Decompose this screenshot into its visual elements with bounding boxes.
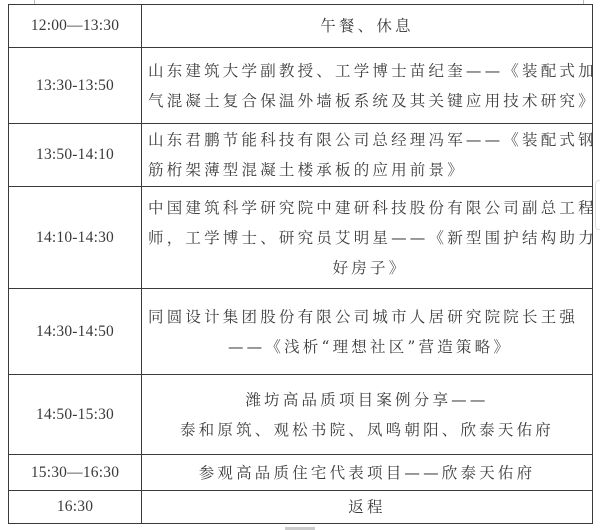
agenda-text: 筋桁架薄型混凝土楼承板的应用前景》 [148, 155, 592, 185]
agenda-text: 中国建筑科学研究院中建研科技股份有限公司副总工程 [148, 193, 592, 223]
table-row: 14:30-14:50 同圆设计集团股份有限公司城市人居研究院院长王强 ——《浅… [9, 289, 593, 375]
agenda-text: ——《浅析“理想社区”营造策略》 [148, 332, 592, 362]
time-cell: 13:50-14:10 [9, 124, 142, 187]
agenda-text: 返程 [142, 492, 592, 522]
agenda-cell: 山东建筑大学副教授、工学博士苗纪奎——《装配式加 气混凝土复合保温外墙板系统及其… [142, 48, 593, 124]
agenda-text: 山东建筑大学副教授、工学博士苗纪奎——《装配式加 [148, 56, 592, 86]
table-row: 14:50-15:30 潍坊高品质项目案例分享—— 泰和原筑、观松书院、凤鸣朝阳… [9, 375, 593, 455]
time-cell: 13:30-13:50 [9, 48, 142, 124]
agenda-text: 山东君鹏节能科技有限公司总经理冯军——《装配式钢 [148, 125, 592, 155]
side-handle [595, 180, 600, 230]
agenda-text: 师，工学博士、研究员艾明星——《新型围护结构助力 [148, 223, 592, 253]
time-cell: 16:30 [9, 491, 142, 524]
agenda-cell: 潍坊高品质项目案例分享—— 泰和原筑、观松书院、凤鸣朝阳、欣泰天佑府 [142, 375, 593, 455]
table-row: 15:30—16:30 参观高品质住宅代表项目——欣泰天佑府 [9, 455, 593, 491]
agenda-text: 好房子》 [148, 253, 592, 283]
time-cell: 14:50-15:30 [9, 375, 142, 455]
agenda-cell: 返程 [142, 491, 593, 524]
table-row: 12:00—13:30 午餐、休息 [9, 5, 593, 48]
schedule-table: 12:00—13:30 午餐、休息 13:30-13:50 山东建筑大学副教授、… [8, 4, 593, 524]
agenda-cell: 参观高品质住宅代表项目——欣泰天佑府 [142, 455, 593, 491]
agenda-cell: 山东君鹏节能科技有限公司总经理冯军——《装配式钢 筋桁架薄型混凝土楼承板的应用前… [142, 124, 593, 187]
table-row: 13:50-14:10 山东君鹏节能科技有限公司总经理冯军——《装配式钢 筋桁架… [9, 124, 593, 187]
time-cell: 15:30—16:30 [9, 455, 142, 491]
agenda-text: 午餐、休息 [142, 11, 592, 41]
time-cell: 12:00—13:30 [9, 5, 142, 48]
agenda-text: 同圆设计集团股份有限公司城市人居研究院院长王强 [148, 302, 592, 332]
agenda-cell: 同圆设计集团股份有限公司城市人居研究院院长王强 ——《浅析“理想社区”营造策略》 [142, 289, 593, 375]
table-row: 16:30 返程 [9, 491, 593, 524]
time-cell: 14:30-14:50 [9, 289, 142, 375]
agenda-text: 泰和原筑、观松书院、凤鸣朝阳、欣泰天佑府 [142, 415, 592, 445]
agenda-text: 潍坊高品质项目案例分享—— [142, 385, 592, 415]
agenda-cell: 中国建筑科学研究院中建研科技股份有限公司副总工程 师，工学博士、研究员艾明星——… [142, 187, 593, 289]
table-row: 14:10-14:30 中国建筑科学研究院中建研科技股份有限公司副总工程 师，工… [9, 187, 593, 289]
agenda-text: 参观高品质住宅代表项目——欣泰天佑府 [142, 458, 592, 488]
agenda-cell: 午餐、休息 [142, 5, 593, 48]
time-cell: 14:10-14:30 [9, 187, 142, 289]
table-row: 13:30-13:50 山东建筑大学副教授、工学博士苗纪奎——《装配式加 气混凝… [9, 48, 593, 124]
agenda-text: 气混凝土复合保温外墙板系统及其关键应用技术研究》 [148, 86, 592, 116]
